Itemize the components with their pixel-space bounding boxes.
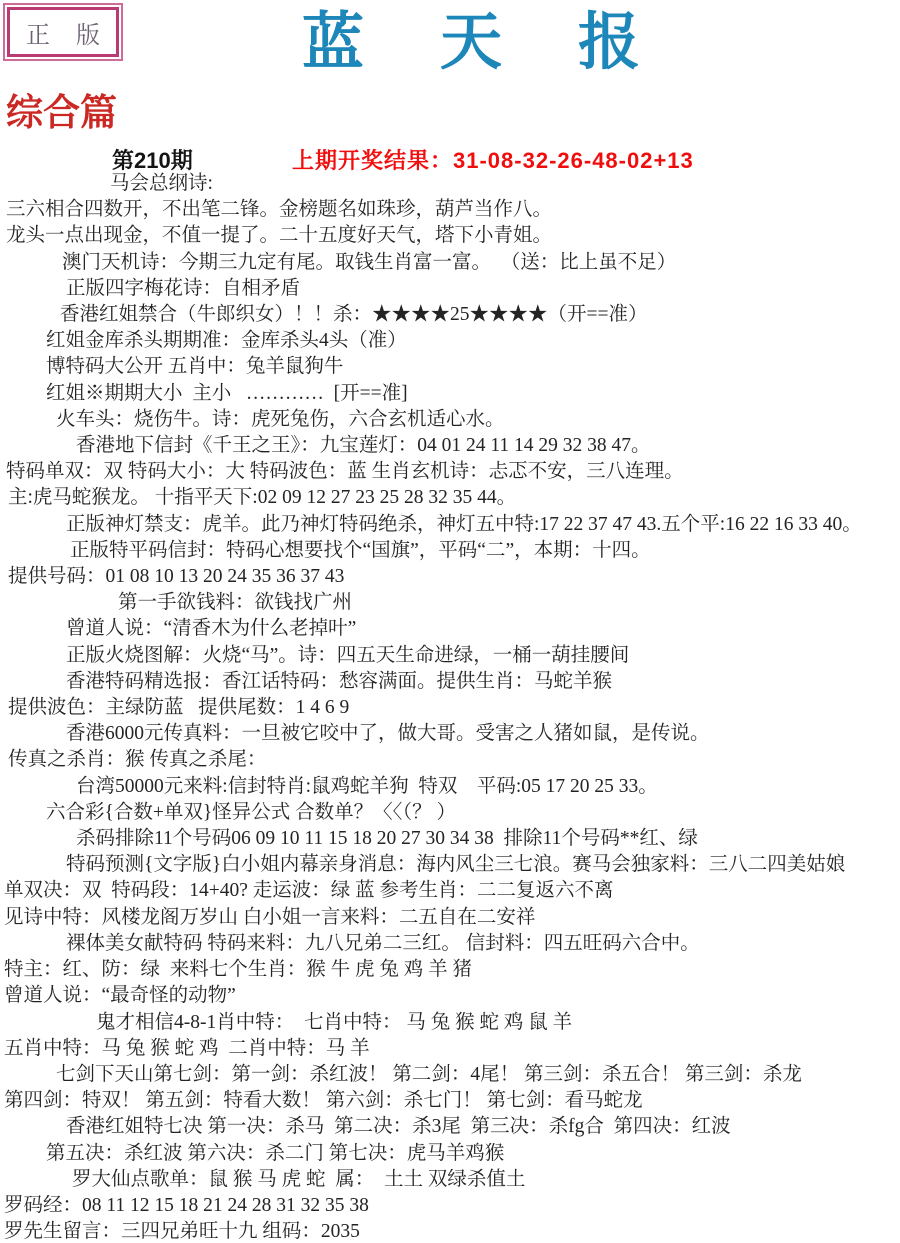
- text-line-24: 六合彩{合数+单双}怪异公式 合数单？〈〈（？ ）: [0, 800, 900, 826]
- text-line-22: 传真之杀肖：猴 传真之杀尾：: [0, 747, 900, 773]
- text-line-10: 香港地下信封《千王之王》：九宝莲灯：04 01 24 11 14 29 32 3…: [0, 433, 900, 459]
- text-line-40: 罗先生留言：三四兄弟旺十九 组码：2035: [0, 1219, 900, 1243]
- text-line-36: 香港红姐特七决 第一决：杀马 第二决：杀3尾 第三决：杀fg合 第四决：红波: [0, 1114, 900, 1140]
- text-line-6: 红姐金库杀头期期准：金库杀头4头（准）: [0, 328, 900, 354]
- text-line-33: 五肖中特：马 兔 猴 蛇 鸡 二肖中特：马 羊: [0, 1036, 900, 1062]
- text-line-31: 曾道人说：“最奇怪的动物”: [0, 983, 900, 1009]
- text-line-11: 特码单双：双 特码大小：大 特码波色：蓝 生肖玄机诗：忐忑不安，三八连理。: [0, 459, 900, 485]
- text-line-27: 单双决：双 特码段：14+40? 走运波：绿 蓝 参考生肖：二二复返六不离: [0, 878, 900, 904]
- text-line-25: 杀码排除11个号码06 09 10 11 15 18 20 27 30 34 3…: [0, 826, 900, 852]
- text-line-8: 红姐※期期大小 主小 ………… [开==准]: [0, 381, 900, 407]
- text-line-38: 罗大仙点歌单：鼠 猴 马 虎 蛇 属： 土土 双绿杀值土: [0, 1167, 900, 1193]
- text-line-39: 罗码经：08 11 12 15 18 21 24 28 31 32 35 38: [0, 1193, 900, 1219]
- text-line-19: 香港特码精选报：香江话特码：愁容满面。提供生肖：马蛇羊猴: [0, 669, 900, 695]
- text-line-1: 三六相合四数开，不出笔二锋。金榜题名如珠珍，葫芦当作八。: [0, 197, 900, 223]
- text-line-3: 澳门天机诗：今期三九定有尾。取钱生肖富一富。 （送：比上虽不足）: [0, 250, 900, 276]
- text-line-37: 第五决：杀红波 第六决：杀二门 第七决：虎马羊鸡猴: [0, 1141, 900, 1167]
- text-line-30: 特主：红、防：绿 来料七个生肖：猴 牛 虎 兔 鸡 羊 猪: [0, 957, 900, 983]
- text-line-21: 香港6000元传真料：一旦被它咬中了，做大哥。受害之人猪如鼠，是传说。: [0, 721, 900, 747]
- text-line-28: 见诗中特：风楼龙阁万岁山 白小姐一言来料：二五自在二安祥: [0, 905, 900, 931]
- section-title: 综合篇: [6, 92, 117, 136]
- text-line-26: 特码预测{文字版}白小姐内幕亲身消息：海内风尘三七浪。赛马会独家料：三八二四美姑…: [0, 852, 900, 878]
- text-line-4: 正版四字梅花诗：自相矛盾: [0, 276, 900, 302]
- paper-title: 蓝天报: [302, 8, 716, 78]
- text-line-16: 第一手欲钱料：欲钱找广州: [0, 590, 900, 616]
- text-line-32: 鬼才相信4-8-1肖中特： 七肖中特： 马 兔 猴 蛇 鸡 鼠 羊: [0, 1010, 900, 1036]
- newspaper-page: 正版 蓝天报 综合篇 第210期 上期开奖结果：31-08-32-26-48-0…: [0, 0, 900, 1243]
- edition-badge-inner-border: 正版: [7, 7, 119, 57]
- text-line-15: 提供号码：01 08 10 13 20 24 35 36 37 43: [0, 564, 900, 590]
- text-line-34: 七剑下天山第七剑：第一剑：杀红波！ 第二剑：4尾！ 第三剑：杀五合！ 第三剑：杀…: [0, 1062, 900, 1088]
- text-line-13: 正版神灯禁支：虎羊。此乃神灯特码绝杀，神灯五中特:17 22 37 47 43.…: [0, 512, 900, 538]
- text-line-9: 火车头：烧伤牛。诗：虎死兔伤，六合玄机适心水。: [0, 407, 900, 433]
- text-line-5: 香港红姐禁合（牛郎织女）！！杀：★★★★25★★★★（开==准）: [0, 302, 900, 328]
- edition-badge-label: 正版: [0, 15, 126, 50]
- text-line-12: 主:虎马蛇猴龙。 十指平天下:02 09 12 27 23 25 28 32 3…: [0, 485, 900, 511]
- text-line-7: 博特码大公开 五肖中：兔羊鼠狗牛: [0, 354, 900, 380]
- edition-badge: 正版: [3, 3, 123, 61]
- text-line-20: 提供波色：主绿防蓝 提供尾数：1 4 6 9: [0, 695, 900, 721]
- body-text-block: 马会总纲诗:三六相合四数开，不出笔二锋。金榜题名如珠珍，葫芦当作八。龙头一点出现…: [0, 171, 900, 1243]
- text-line-23: 台湾50000元来料:信封特肖:鼠鸡蛇羊狗 特双 平码:05 17 20 25 …: [0, 774, 900, 800]
- text-line-29: 裸体美女献特码 特码来料：九八兄弟二三红。 信封料：四五旺码六合中。: [0, 931, 900, 957]
- text-line-0: 马会总纲诗:: [0, 171, 900, 197]
- text-line-18: 正版火烧图解：火烧“马”。诗：四五天生命进绿，一桶一葫挂腰间: [0, 643, 900, 669]
- text-line-35: 第四剑：特双！ 第五剑：特看大数！ 第六剑：杀七门！ 第七剑：看马蛇龙: [0, 1088, 900, 1114]
- text-line-14: 正版特平码信封：特码心想要找个“国旗”，平码“二”，本期：十四。: [0, 538, 900, 564]
- text-line-2: 龙头一点出现金，不值一提了。二十五度好天气，塔下小青姐。: [0, 223, 900, 249]
- text-line-17: 曾道人说：“清香木为什么老掉叶”: [0, 616, 900, 642]
